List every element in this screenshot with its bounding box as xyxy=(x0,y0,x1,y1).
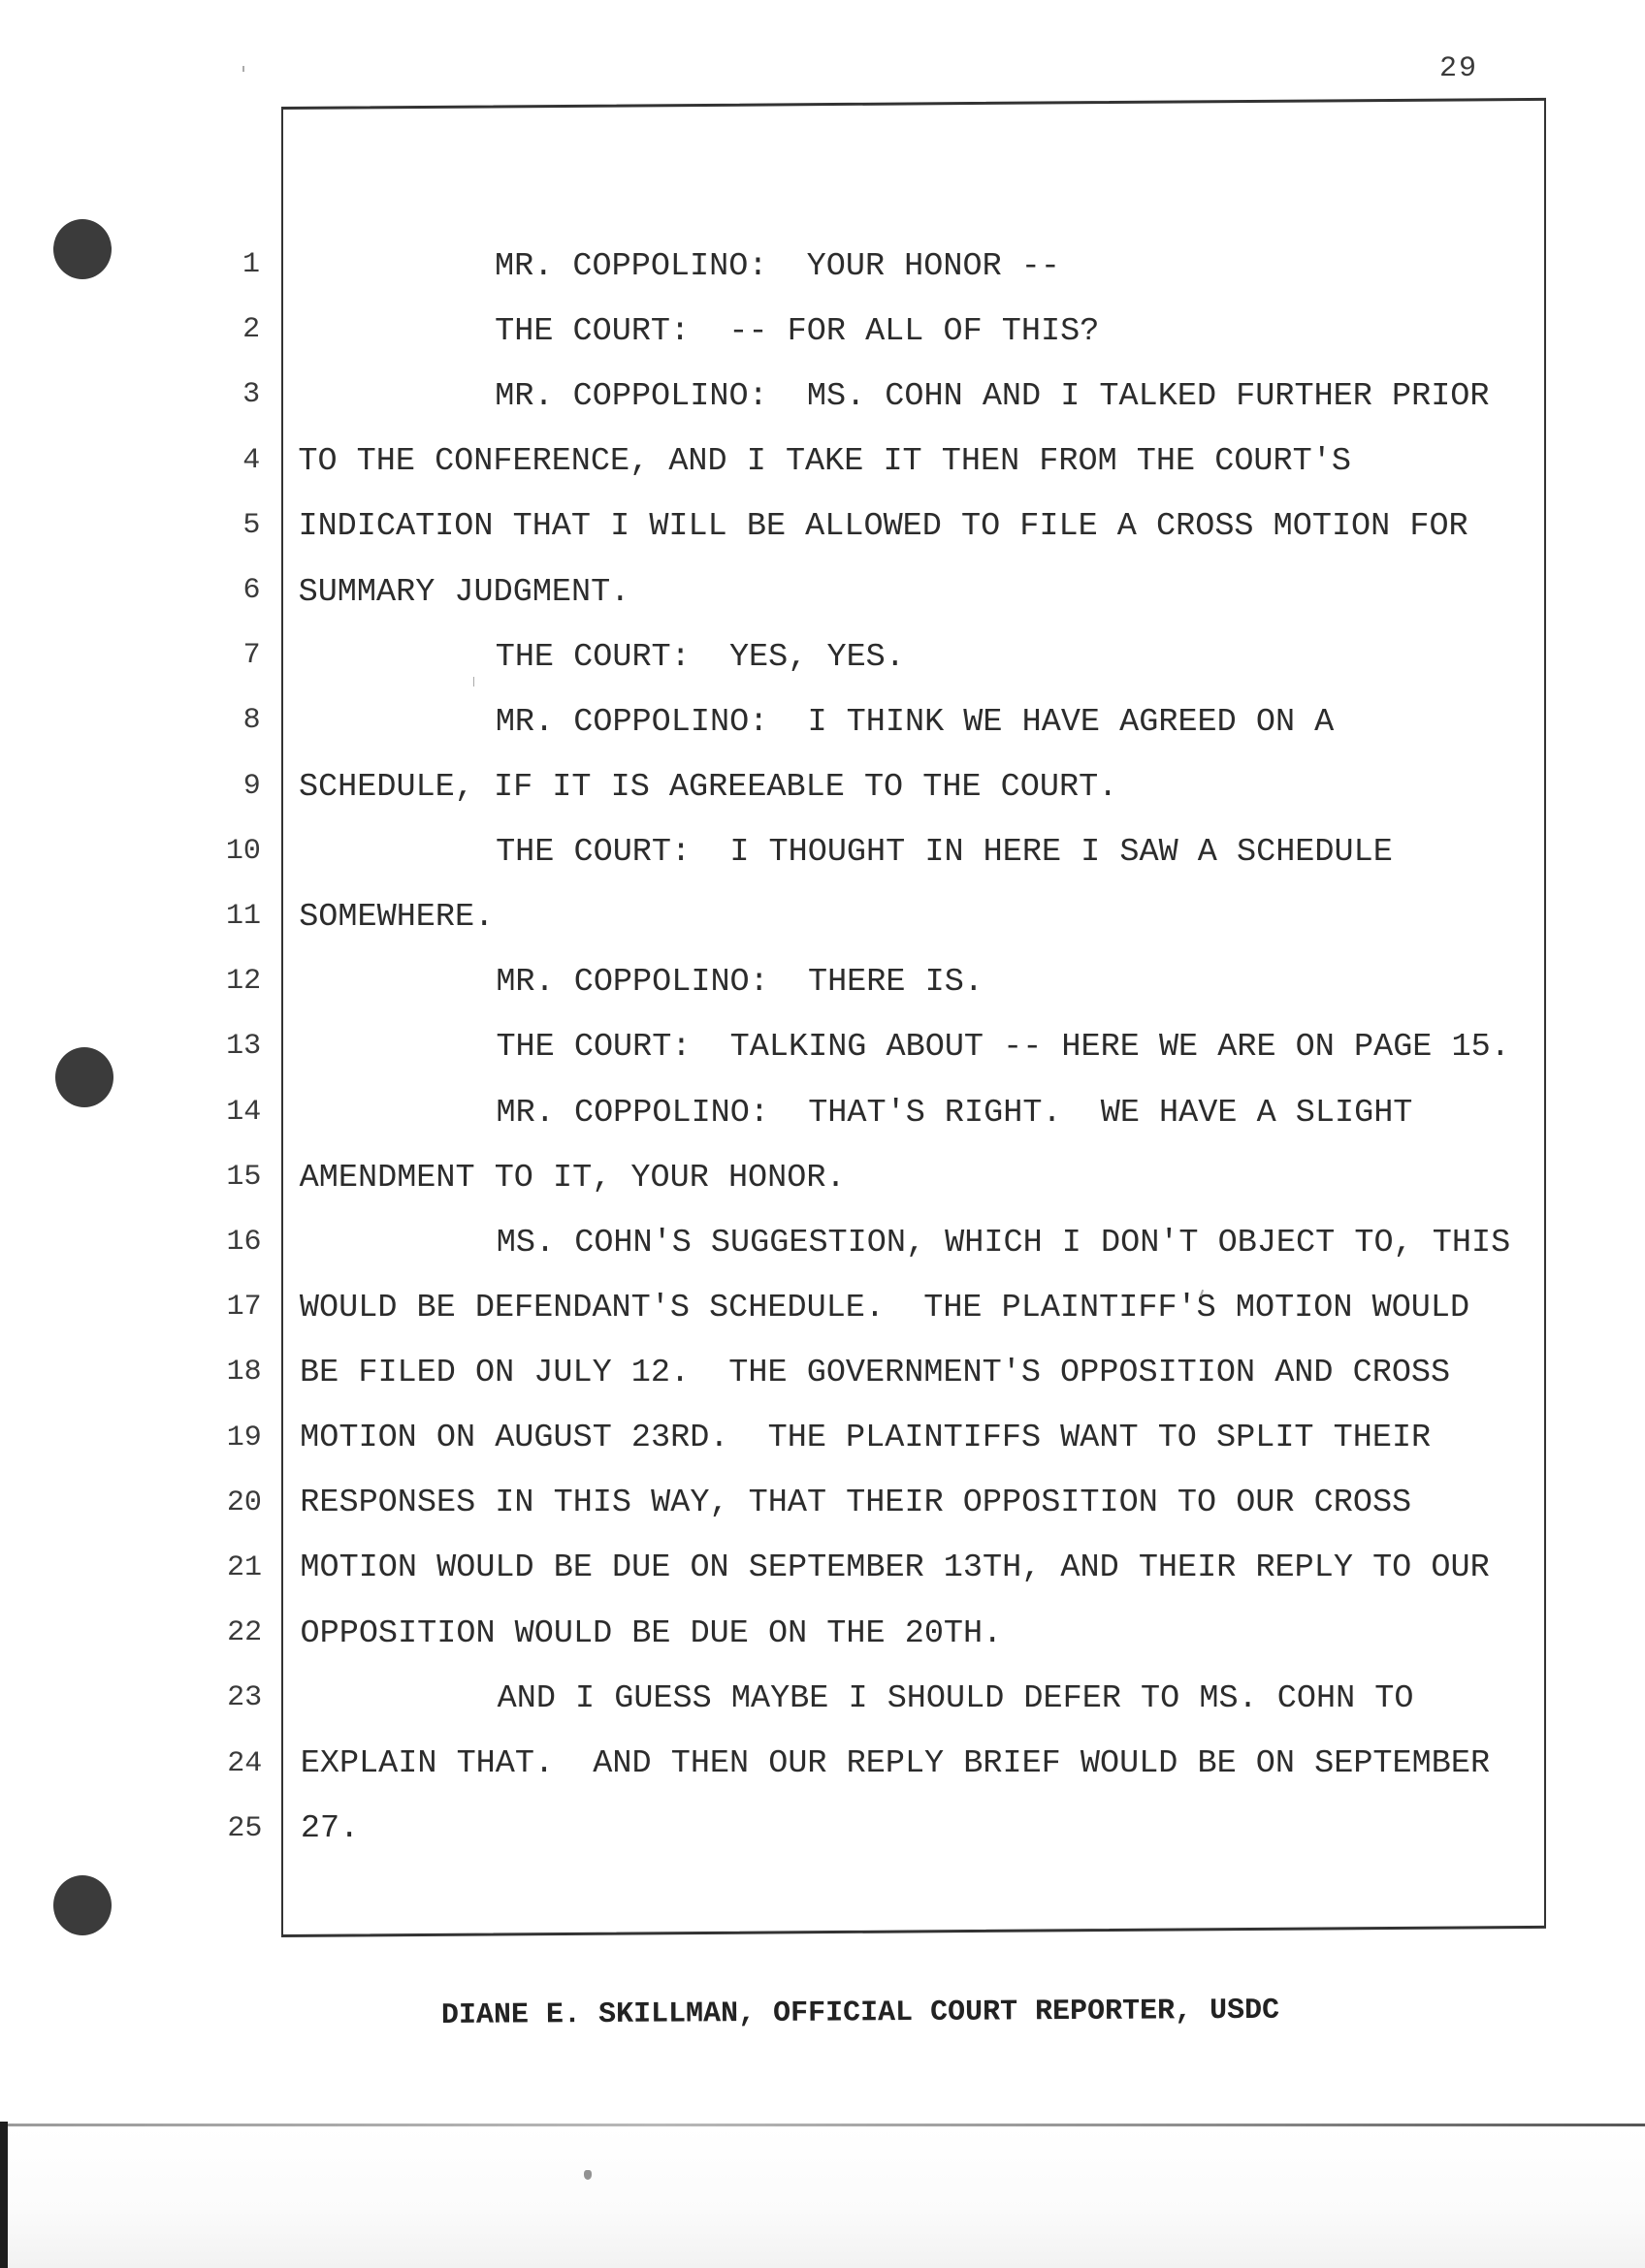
line-number: 13 xyxy=(176,1030,261,1063)
line-text: OPPOSITION WOULD BE DUE ON THE 20TH. xyxy=(301,1615,1003,1652)
line-text: MR. COPPOLINO: MS. COHN AND I TALKED FUR… xyxy=(495,378,1489,415)
scanner-background xyxy=(0,2126,1645,2268)
line-text: MR. COPPOLINO: I THINK WE HAVE AGREED ON… xyxy=(496,704,1334,741)
line-number: 22 xyxy=(177,1616,262,1649)
transcript-line: 2527. xyxy=(0,1812,1645,1851)
transcript-line: 9SCHEDULE, IF IT IS AGREEABLE TO THE COU… xyxy=(0,770,1645,809)
line-text: TO THE CONFERENCE, AND I TAKE IT THEN FR… xyxy=(298,443,1351,480)
line-text: MR. COPPOLINO: THERE IS. xyxy=(496,964,984,1001)
line-number: 1 xyxy=(175,248,260,281)
line-number: 4 xyxy=(175,444,260,477)
line-text: AMENDMENT TO IT, YOUR HONOR. xyxy=(300,1160,846,1197)
scan-speck xyxy=(473,677,474,687)
transcript-line: 12MR. COPPOLINO: THERE IS. xyxy=(0,965,1645,1004)
line-number: 20 xyxy=(177,1486,262,1519)
line-number: 23 xyxy=(177,1681,262,1714)
line-number: 10 xyxy=(176,835,261,868)
transcript-line: 10THE COURT: I THOUGHT IN HERE I SAW A S… xyxy=(0,835,1645,874)
line-text: RESPONSES IN THIS WAY, THAT THEIR OPPOSI… xyxy=(300,1485,1411,1521)
line-number: 16 xyxy=(177,1226,262,1259)
line-number: 5 xyxy=(175,509,260,542)
scan-speck xyxy=(242,66,244,72)
line-text: AND I GUESS MAYBE I SHOULD DEFER TO MS. … xyxy=(498,1680,1414,1717)
line-text: SOMEWHERE. xyxy=(299,899,494,936)
line-text: MS. COHN'S SUGGESTION, WHICH I DON'T OBJ… xyxy=(497,1225,1510,1262)
transcript-line: 8MR. COPPOLINO: I THINK WE HAVE AGREED O… xyxy=(0,704,1645,743)
line-number: 8 xyxy=(176,704,261,737)
transcript-line: 1MR. COPPOLINO: YOUR HONOR -- xyxy=(0,248,1645,287)
transcript-line: 2THE COURT: -- FOR ALL OF THIS? xyxy=(0,313,1645,352)
scan-smudge xyxy=(584,2170,592,2180)
line-number: 9 xyxy=(176,770,261,803)
line-text: EXPLAIN THAT. AND THEN OUR REPLY BRIEF W… xyxy=(301,1745,1490,1782)
line-number: 18 xyxy=(177,1356,262,1389)
transcript-line: 4TO THE CONFERENCE, AND I TAKE IT THEN F… xyxy=(0,444,1645,483)
transcript-line: 14MR. COPPOLINO: THAT'S RIGHT. WE HAVE A… xyxy=(0,1096,1645,1134)
transcript-line: 19MOTION ON AUGUST 23RD. THE PLAINTIFFS … xyxy=(0,1421,1645,1460)
line-text: THE COURT: TALKING ABOUT -- HERE WE ARE … xyxy=(496,1029,1509,1066)
line-number: 3 xyxy=(175,378,260,411)
line-number: 15 xyxy=(176,1161,261,1194)
line-text: MR. COPPOLINO: THAT'S RIGHT. WE HAVE A S… xyxy=(497,1095,1413,1132)
transcript-line: 13THE COURT: TALKING ABOUT -- HERE WE AR… xyxy=(0,1030,1645,1069)
transcript-line: 16MS. COHN'S SUGGESTION, WHICH I DON'T O… xyxy=(0,1226,1645,1264)
line-number: 19 xyxy=(177,1421,262,1454)
line-number: 14 xyxy=(176,1096,261,1129)
line-number: 2 xyxy=(175,313,260,346)
transcript-line: 20RESPONSES IN THIS WAY, THAT THEIR OPPO… xyxy=(0,1486,1645,1525)
line-text: SUMMARY JUDGMENT. xyxy=(299,574,630,611)
line-text: MOTION ON AUGUST 23RD. THE PLAINTIFFS WA… xyxy=(300,1420,1431,1456)
line-text: MR. COPPOLINO: YOUR HONOR -- xyxy=(495,248,1060,285)
line-number: 11 xyxy=(176,900,261,933)
transcript-line: 6SUMMARY JUDGMENT. xyxy=(0,574,1645,613)
transcript-page: 29 1MR. COPPOLINO: YOUR HONOR --2THE COU… xyxy=(0,0,1645,2125)
line-text: WOULD BE DEFENDANT'S SCHEDULE. THE PLAIN… xyxy=(300,1290,1469,1326)
hole-punch-bottom xyxy=(53,1875,112,1935)
line-number: 6 xyxy=(176,574,261,607)
page-number: 29 xyxy=(1439,52,1478,85)
line-number: 17 xyxy=(177,1291,262,1324)
transcript-line: 22OPPOSITION WOULD BE DUE ON THE 20TH. xyxy=(0,1616,1645,1655)
transcript-line: 3MR. COPPOLINO: MS. COHN AND I TALKED FU… xyxy=(0,378,1645,417)
line-text: THE COURT: -- FOR ALL OF THIS? xyxy=(495,313,1099,350)
transcript-line: 18BE FILED ON JULY 12. THE GOVERNMENT'S … xyxy=(0,1356,1645,1394)
transcript-line: 21MOTION WOULD BE DUE ON SEPTEMBER 13TH,… xyxy=(0,1551,1645,1590)
line-text: 27. xyxy=(301,1810,359,1847)
line-number: 25 xyxy=(177,1812,262,1845)
line-number: 12 xyxy=(176,965,261,998)
line-number: 21 xyxy=(177,1551,262,1584)
transcript-line: 24EXPLAIN THAT. AND THEN OUR REPLY BRIEF… xyxy=(0,1747,1645,1786)
transcript-line: 23AND I GUESS MAYBE I SHOULD DEFER TO MS… xyxy=(0,1681,1645,1720)
line-text: INDICATION THAT I WILL BE ALLOWED TO FIL… xyxy=(298,508,1468,545)
line-number: 24 xyxy=(177,1747,262,1780)
line-text: THE COURT: I THOUGHT IN HERE I SAW A SCH… xyxy=(496,834,1393,871)
transcript-line: 15AMENDMENT TO IT, YOUR HONOR. xyxy=(0,1161,1645,1199)
transcript-line: 7THE COURT: YES, YES. xyxy=(0,639,1645,678)
line-number: 7 xyxy=(176,639,261,672)
scanner-shadow-strip xyxy=(0,2122,8,2268)
transcript-border-box xyxy=(281,98,1546,1937)
transcript-line: 17WOULD BE DEFENDANT'S SCHEDULE. THE PLA… xyxy=(0,1291,1645,1329)
line-text: MOTION WOULD BE DUE ON SEPTEMBER 13TH, A… xyxy=(300,1549,1489,1586)
transcript-line: 11SOMEWHERE. xyxy=(0,900,1645,939)
court-reporter-footer: DIANE E. SKILLMAN, OFFICIAL COURT REPORT… xyxy=(441,1994,1392,2032)
line-text: BE FILED ON JULY 12. THE GOVERNMENT'S OP… xyxy=(300,1355,1450,1391)
transcript-line: 5INDICATION THAT I WILL BE ALLOWED TO FI… xyxy=(0,509,1645,548)
line-text: THE COURT: YES, YES. xyxy=(496,639,905,676)
line-text: SCHEDULE, IF IT IS AGREEABLE TO THE COUR… xyxy=(299,769,1117,806)
